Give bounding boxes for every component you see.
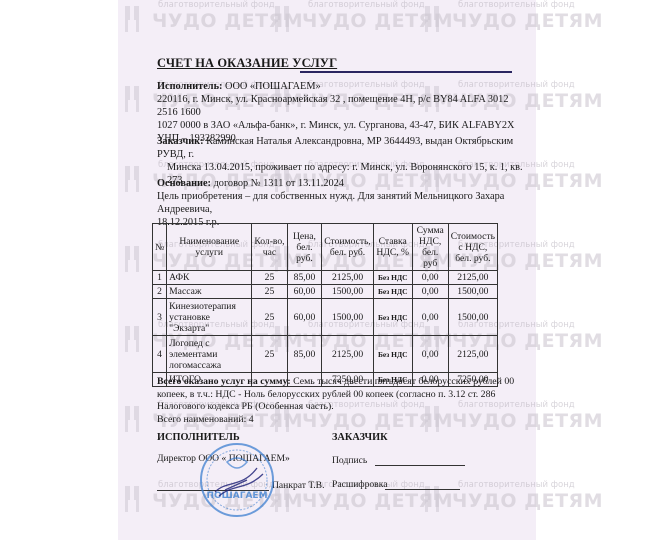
table-header-row: № Наименование услуги Кол-во, час Цена, …	[153, 224, 498, 271]
cell-qty: 25	[252, 299, 287, 336]
decoding-label: Расшифровка	[332, 479, 388, 490]
cell-qty: 25	[252, 336, 287, 373]
summary-block: Всего оказано услуг на сумму: Семь тысяч…	[157, 376, 527, 426]
summary-line2: копеек, в т.ч.: НДС - Ноль белорусских р…	[157, 389, 527, 402]
cell-name: Логопед с элементами логомассажа	[167, 336, 252, 373]
cell-vat-sum: 0,00	[412, 285, 448, 299]
table-row: 3 Кинезиотерапия установке "Экзарта" 25 …	[153, 299, 498, 336]
cell-vat-sum: 0,00	[412, 271, 448, 285]
cell-vat-rate: Без НДС	[373, 299, 412, 336]
summary-line3: Налогового кодекса РБ (Особенная часть).	[157, 401, 527, 414]
customer-heading: ЗАКАЗЧИК	[332, 432, 388, 443]
cell-name: АФК	[167, 271, 252, 285]
header-name: Наименование услуги	[167, 224, 252, 271]
customer-label: Заказчик:	[157, 136, 204, 147]
cell-num: 4	[153, 336, 167, 373]
executor-name: Панкрат Т.В.	[272, 480, 324, 491]
cell-vat-sum: 0,00	[412, 336, 448, 373]
cell-total: 1500,00	[448, 285, 497, 299]
basis-block: Основание: договор № 1311 от 13.11.2024 …	[157, 177, 537, 229]
summary-label: Всего оказано услуг на сумму:	[157, 376, 291, 387]
executor-bank-line: 1027 0000 в ЗАО «Альфа-банк», г. Минск, …	[157, 119, 517, 132]
header-vat-sum: Сумма НДС, бел. руб	[412, 224, 448, 271]
table-row: 4 Логопед с элементами логомассажа 25 85…	[153, 336, 498, 373]
cell-price: 60,00	[287, 299, 322, 336]
header-price: Цена, бел. руб.	[287, 224, 322, 271]
header-num: №	[153, 224, 167, 271]
executor-address-line: 220116, г. Минск, ул. Красноармейская 32…	[157, 93, 517, 119]
basis-text: договор № 1311 от 13.11.2024	[214, 178, 344, 189]
signature-label: Подпись	[332, 455, 367, 466]
basis-label: Основание:	[157, 178, 211, 189]
cell-cost: 1500,00	[322, 299, 374, 336]
cell-price: 85,00	[287, 271, 322, 285]
cell-name: Массаж	[167, 285, 252, 299]
header-total: Стоимость с НДС, бел. руб.	[448, 224, 497, 271]
company-stamp-icon: ПОШАГАЕМ	[197, 440, 277, 520]
cell-vat-sum: 0,00	[412, 299, 448, 336]
cell-vat-rate: Без НДС	[373, 271, 412, 285]
header-qty: Кол-во, час	[252, 224, 287, 271]
title-rule	[300, 71, 512, 73]
cell-num: 3	[153, 299, 167, 336]
invoice-document: СЧЕТ НА ОКАЗАНИЕ УСЛУГ Исполнитель: ООО …	[0, 0, 660, 540]
customer-decoding-line	[385, 489, 460, 490]
customer-signature-line	[375, 465, 465, 466]
table-row: 1 АФК 25 85,00 2125,00 Без НДС 0,00 2125…	[153, 271, 498, 285]
cell-cost: 1500,00	[322, 285, 374, 299]
cell-cost: 2125,00	[322, 271, 374, 285]
cell-name: Кинезиотерапия установке "Экзарта"	[167, 299, 252, 336]
cell-total: 2125,00	[448, 271, 497, 285]
summary-line1: Семь тысяч двести пятьдесят белорусских …	[293, 376, 514, 387]
header-vat-rate: Ставка НДС, %	[373, 224, 412, 271]
cell-total: 2125,00	[448, 336, 497, 373]
table-row: 2 Массаж 25 60,00 1500,00 Без НДС 0,00 1…	[153, 285, 498, 299]
cell-num: 2	[153, 285, 167, 299]
cell-vat-rate: Без НДС	[373, 285, 412, 299]
executor-label: Исполнитель:	[157, 81, 222, 92]
customer-text: Каминская Наталья Александровна, МР 3644…	[157, 136, 513, 160]
executor-name: ООО «ПОШАГАЕМ»	[225, 81, 321, 92]
cell-price: 60,00	[287, 285, 322, 299]
svg-text:ПОШАГАЕМ: ПОШАГАЕМ	[206, 491, 267, 501]
cell-total: 1500,00	[448, 299, 497, 336]
cell-num: 1	[153, 271, 167, 285]
cell-qty: 25	[252, 271, 287, 285]
document-title: СЧЕТ НА ОКАЗАНИЕ УСЛУГ	[157, 56, 337, 71]
cell-price: 85,00	[287, 336, 322, 373]
purpose-line1: Цель приобретения – для собственных нужд…	[157, 190, 537, 216]
cell-qty: 25	[252, 285, 287, 299]
services-table: № Наименование услуги Кол-во, час Цена, …	[152, 223, 498, 387]
summary-line4: Всего наименований: 4	[157, 414, 527, 427]
cell-vat-rate: Без НДС	[373, 336, 412, 373]
cell-cost: 2125,00	[322, 336, 374, 373]
header-cost: Стоимость, бел. руб.	[322, 224, 374, 271]
